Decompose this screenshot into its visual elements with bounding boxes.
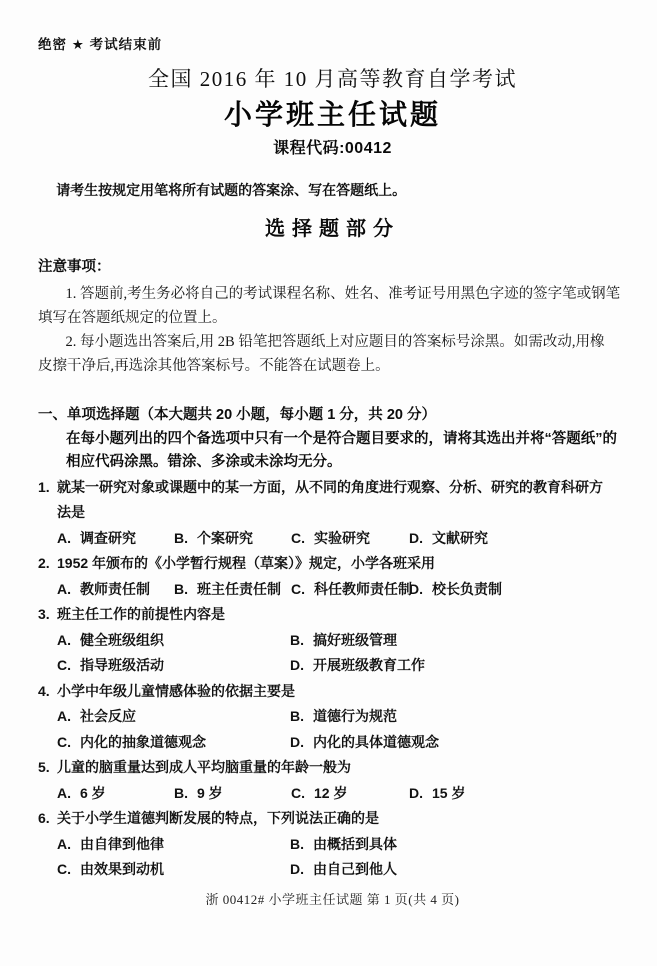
options-grid: A.健全班级组织 B.搞好班级管理 C.指导班级活动 D.开展班级教育工作 xyxy=(57,628,627,679)
section-part-title: 选择题部分 xyxy=(38,214,627,244)
note-line-4: 皮擦干净后,再选涂其他答案标号。不能答在试题卷上。 xyxy=(38,354,627,378)
question-number: 5. xyxy=(38,755,57,781)
question-stem-continued: 法是 xyxy=(57,500,627,526)
option-c: C.指导班级活动 xyxy=(57,653,290,679)
question-list: 1. 就某一研究对象或课题中的某一方面，从不同的角度进行观察、分析、研究的教育科… xyxy=(38,475,627,883)
option-a: A.调查研究 xyxy=(57,526,174,552)
question-stem: 儿童的脑重量达到成人平均脑重量的年龄一般为 xyxy=(57,755,627,781)
section-one-subheading-1: 在每小题列出的四个备选项中只有一个是符合题目要求的，请将其选出并将“答题纸”的 xyxy=(66,428,627,452)
option-a: A.教师责任制 xyxy=(57,577,174,603)
option-c: C.实验研究 xyxy=(291,526,409,552)
section-one-subheading-2: 相应代码涂黑。错涂、多涂或未涂均无分。 xyxy=(66,451,627,475)
options-row: A.6 岁 B.9 岁 C.12 岁 D.15 岁 xyxy=(57,781,627,807)
question-stem: 关于小学生道德判断发展的特点，下列说法正确的是 xyxy=(57,806,627,832)
option-b: B.道德行为规范 xyxy=(290,704,627,730)
answer-sheet-instruction: 请考生按规定用笔将所有试题的答案涂、写在答题纸上。 xyxy=(38,180,627,200)
option-d: D.内化的具体道德观念 xyxy=(290,730,627,756)
paper-title: 小学班主任试题 xyxy=(38,96,627,134)
option-b: B.个案研究 xyxy=(174,526,291,552)
exam-paper-page: 绝密 ★ 考试结束前 全国 2016 年 10 月高等教育自学考试 小学班主任试… xyxy=(0,0,657,966)
option-d: D.开展班级教育工作 xyxy=(290,653,627,679)
option-a: A.6 岁 xyxy=(57,781,174,807)
question-number: 3. xyxy=(38,602,57,628)
question-number: 1. xyxy=(38,475,57,501)
note-line-2: 填写在答题纸规定的位置上。 xyxy=(38,306,627,330)
option-b: B.班主任责任制 xyxy=(174,577,291,603)
note-line-1: 1. 答题前,考生务必将自己的考试课程名称、姓名、准考证号用黑色字迹的签字笔或钢… xyxy=(38,282,627,306)
option-a: A.健全班级组织 xyxy=(57,628,290,654)
option-d: D.文献研究 xyxy=(409,526,627,552)
question-stem: 就某一研究对象或课题中的某一方面，从不同的角度进行观察、分析、研究的教育科研方 xyxy=(57,475,627,501)
notes-block: 1. 答题前,考生务必将自己的考试课程名称、姓名、准考证号用黑色字迹的签字笔或钢… xyxy=(38,282,627,378)
question-stem: 班主任工作的前提性内容是 xyxy=(57,602,627,628)
question-number: 4. xyxy=(38,679,57,705)
option-d: D.校长负责制 xyxy=(409,577,627,603)
option-c: C.由效果到动机 xyxy=(57,857,290,883)
option-b: B.搞好班级管理 xyxy=(290,628,627,654)
option-c: C.内化的抽象道德观念 xyxy=(57,730,290,756)
question-number: 6. xyxy=(38,806,57,832)
question-4: 4. 小学中年级儿童情感体验的依据主要是 A.社会反应 B.道德行为规范 C.内… xyxy=(38,679,627,756)
question-5: 5. 儿童的脑重量达到成人平均脑重量的年龄一般为 A.6 岁 B.9 岁 C.1… xyxy=(38,755,627,806)
option-d: D.15 岁 xyxy=(409,781,627,807)
section-one-heading-block: 一、单项选择题（本大题共 20 小题，每小题 1 分，共 20 分） 在每小题列… xyxy=(38,404,627,475)
security-classification: 绝密 ★ 考试结束前 xyxy=(38,36,627,54)
option-c: C.科任教师责任制 xyxy=(291,577,409,603)
question-number: 2. xyxy=(38,551,57,577)
question-stem: 小学中年级儿童情感体验的依据主要是 xyxy=(57,679,627,705)
options-row: A.调查研究 B.个案研究 C.实验研究 D.文献研究 xyxy=(57,526,627,552)
section-one-heading: 一、单项选择题（本大题共 20 小题，每小题 1 分，共 20 分） xyxy=(38,404,627,428)
page-footer: 浙 00412# 小学班主任试题 第 1 页(共 4 页) xyxy=(38,891,627,909)
options-row: A.教师责任制 B.班主任责任制 C.科任教师责任制 D.校长负责制 xyxy=(57,577,627,603)
option-a: A.社会反应 xyxy=(57,704,290,730)
options-grid: A.社会反应 B.道德行为规范 C.内化的抽象道德观念 D.内化的具体道德观念 xyxy=(57,704,627,755)
option-c: C.12 岁 xyxy=(291,781,409,807)
question-3: 3. 班主任工作的前提性内容是 A.健全班级组织 B.搞好班级管理 C.指导班级… xyxy=(38,602,627,679)
option-b: B.9 岁 xyxy=(174,781,291,807)
course-code: 课程代码:00412 xyxy=(38,138,627,160)
option-b: B.由概括到具体 xyxy=(290,832,627,858)
notes-heading: 注意事项： xyxy=(38,256,627,278)
options-grid: A.由自律到他律 B.由概括到具体 C.由效果到动机 D.由自己到他人 xyxy=(57,832,627,883)
option-d: D.由自己到他人 xyxy=(290,857,627,883)
question-1: 1. 就某一研究对象或课题中的某一方面，从不同的角度进行观察、分析、研究的教育科… xyxy=(38,475,627,552)
question-2: 2. 1952 年颁布的《小学暂行规程（草案）》规定，小学各班采用 A.教师责任… xyxy=(38,551,627,602)
question-stem: 1952 年颁布的《小学暂行规程（草案）》规定，小学各班采用 xyxy=(57,551,627,577)
option-a: A.由自律到他律 xyxy=(57,832,290,858)
exam-session-title: 全国 2016 年 10 月高等教育自学考试 xyxy=(38,64,627,94)
note-line-3: 2. 每小题选出答案后,用 2B 铅笔把答题纸上对应题目的答案标号涂黑。如需改动… xyxy=(38,330,627,354)
question-6: 6. 关于小学生道德判断发展的特点，下列说法正确的是 A.由自律到他律 B.由概… xyxy=(38,806,627,883)
